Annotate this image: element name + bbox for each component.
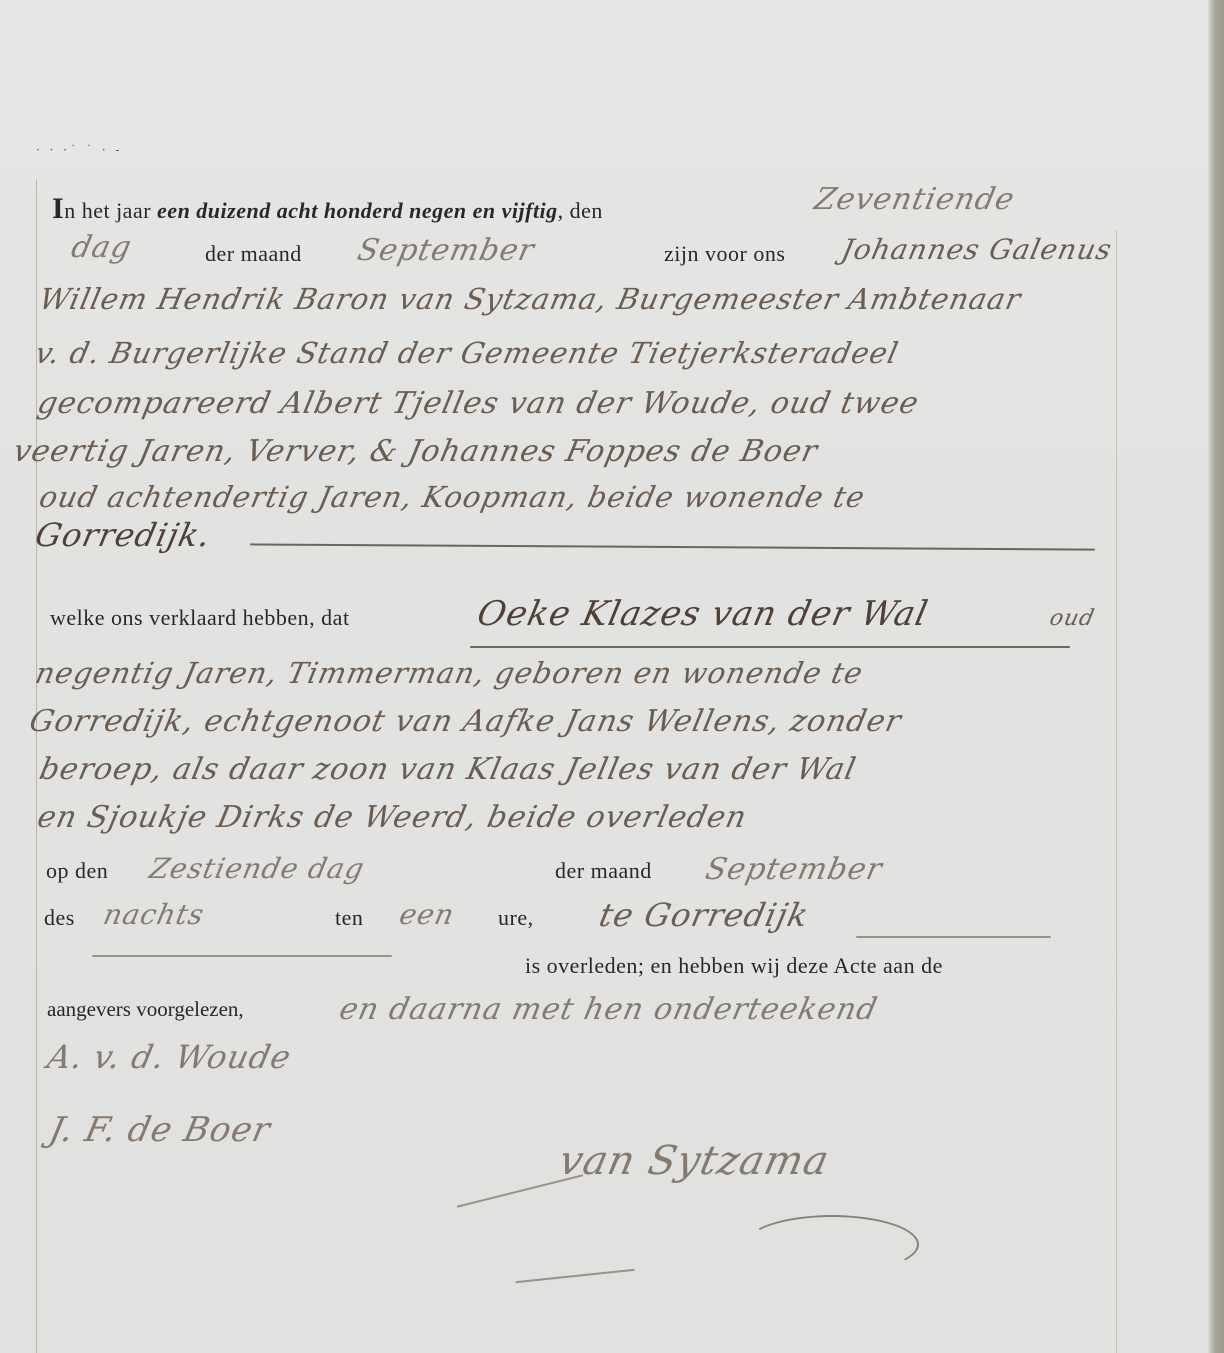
- printed-der-maand-2: der maand: [555, 858, 652, 884]
- handwritten-death-place: te Gorredijk: [596, 896, 812, 934]
- fill-line-3: [92, 955, 392, 957]
- handwritten-declarants-3: oud achtendertig Jaren, Koopman, beide w…: [36, 480, 868, 514]
- page-edge-shadow: [1210, 0, 1224, 1353]
- handwritten-death-month: September: [702, 852, 886, 887]
- printed-zijn-voor-ons: zijn voor ons: [664, 241, 785, 267]
- handwritten-declarants-2: veertig Jaren, Verver, & Johannes Foppes…: [10, 434, 821, 469]
- signature-official: van Sytzama: [555, 1138, 833, 1184]
- handwritten-day-1: Zeventiende: [811, 182, 1018, 217]
- name-underline: [470, 646, 1070, 648]
- handwritten-official-2: Willem Hendrik Baron van Sytzama, Burgem…: [36, 282, 1024, 316]
- handwritten-age-oud: oud: [1047, 606, 1097, 631]
- printed-ure: ure,: [498, 905, 534, 931]
- printed-year: een duizend acht honderd negen en vijfti…: [157, 198, 558, 223]
- right-margin-line: [1116, 230, 1117, 1353]
- printed-der-maand: der maand: [205, 241, 302, 267]
- printed-op-den: op den: [46, 858, 108, 884]
- printed-line-1: IIn het jaarn het jaar een duizend acht …: [52, 192, 603, 226]
- handwritten-deceased-2: negentig Jaren, Timmerman, geboren en wo…: [32, 656, 866, 690]
- fill-line-2: [856, 936, 1051, 938]
- printed-des: des: [44, 905, 75, 931]
- handwritten-day-2: dag: [68, 230, 135, 265]
- printed-read-clause: aangevers voorgelezen,: [47, 997, 244, 1022]
- ink-specks: · · ·˙ ˙ · -: [36, 143, 122, 157]
- handwritten-official-3: v. d. Burgerlijke Stand der Gemeente Tie…: [32, 336, 902, 370]
- handwritten-hour: een: [396, 898, 457, 931]
- handwritten-closing: en daarna met hen onderteekend: [336, 992, 881, 1027]
- printed-witness-intro: welke ons verklaard hebben, dat: [50, 605, 350, 631]
- handwritten-deceased-5: en Sjoukje Dirks de Weerd, beide overled…: [34, 800, 750, 835]
- handwritten-month: September: [354, 233, 538, 268]
- handwritten-deceased-4: beroep, als daar zoon van Klaas Jelles v…: [36, 752, 859, 787]
- printed-den: , den: [558, 198, 603, 223]
- handwritten-declarants-1: gecompareerd Albert Tjelles van der Woud…: [34, 386, 922, 421]
- handwritten-official-1: Johannes Galenus: [838, 233, 1115, 266]
- drop-cap: I: [52, 192, 64, 225]
- handwritten-declarants-4: Gorredijk.: [32, 516, 215, 554]
- handwritten-time-of-day: nachts: [100, 898, 207, 931]
- signature-flourish: [745, 1215, 919, 1274]
- signature-declarant-2: J. F. de Boer: [46, 1110, 275, 1150]
- handwritten-deceased-3: Gorredijk, echtgenoot van Aafke Jans Wel…: [26, 704, 905, 739]
- printed-died-clause: is overleden; en hebben wij deze Acte aa…: [525, 953, 943, 979]
- printed-ten: ten: [335, 905, 363, 931]
- handwritten-deceased-name: Oeke Klazes van der Wal: [474, 594, 932, 634]
- handwritten-death-day: Zestiende dag: [146, 852, 367, 885]
- signature-declarant-1: A. v. d. Woude: [44, 1038, 295, 1076]
